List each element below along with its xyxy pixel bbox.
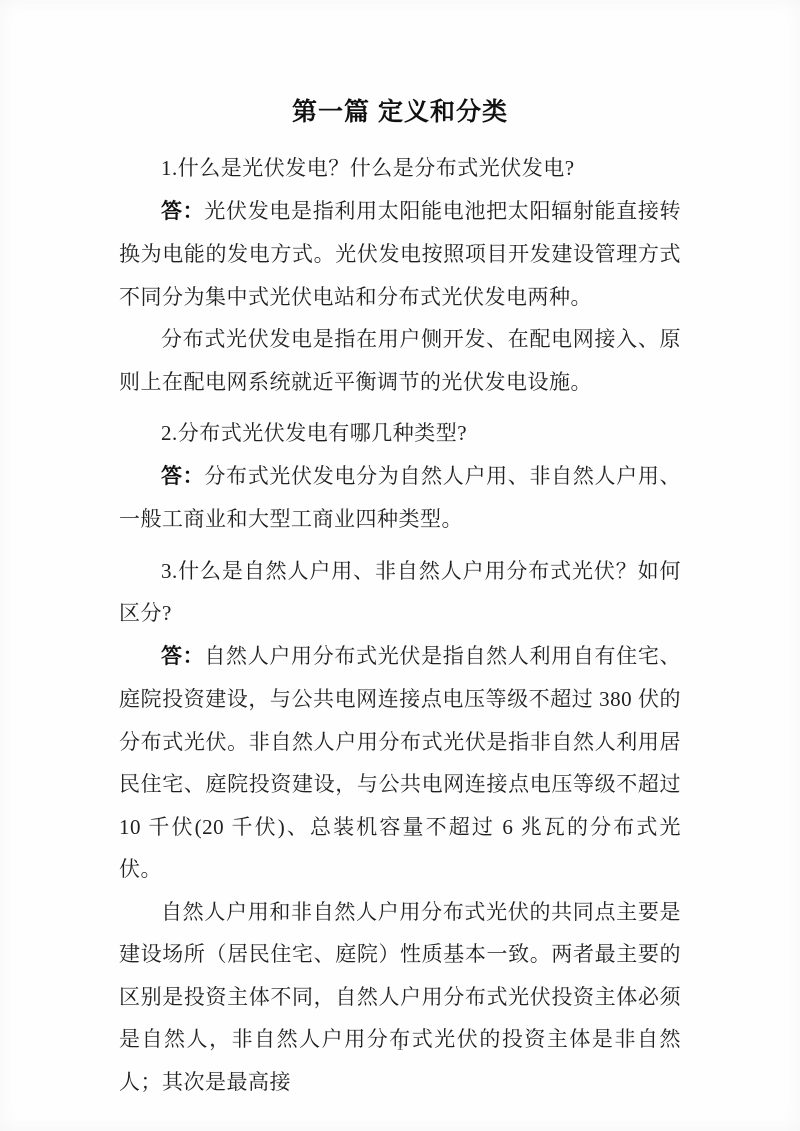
answer-prefix: 答： [161, 465, 204, 488]
answer-text: 分布式光伏发电分为自然人户用、非自然人户用、一般工商业和大型工商业四种类型。 [119, 464, 681, 532]
question-paragraph-1: 1.什么是光伏发电？什么是分布式光伏发电? [119, 147, 681, 190]
answer-text: 光伏发电是指利用太阳能电池把太阳辐射能直接转换为电能的发电方式。光伏发电按照项目… [119, 199, 681, 309]
question-paragraph-2: 2.分布式光伏发电有哪几种类型? [119, 412, 681, 455]
page-number: 1 [0, 1036, 800, 1056]
page-title: 第一篇 定义和分类 [119, 92, 681, 132]
question-paragraph-3: 3.什么是自然人户用、非自然人户用分布式光伏？如何区分? [119, 550, 681, 635]
document-page: 第一篇 定义和分类 1.什么是光伏发电？什么是分布式光伏发电? 答：光伏发电是指… [0, 0, 800, 1131]
page-content: 第一篇 定义和分类 1.什么是光伏发电？什么是分布式光伏发电? 答：光伏发电是指… [119, 92, 681, 1103]
answer-paragraph-3: 答：自然人户用分布式光伏是指自然人利用自有住宅、庭院投资建设，与公共电网连接点电… [119, 635, 681, 891]
answer-prefix: 答： [161, 645, 204, 668]
answer-paragraph-1: 答：光伏发电是指利用太阳能电池把太阳辐射能直接转换为电能的发电方式。光伏发电按照… [119, 190, 681, 319]
answer-prefix: 答： [161, 200, 204, 223]
answer-paragraph-2: 答：分布式光伏发电分为自然人户用、非自然人户用、一般工商业和大型工商业四种类型。 [119, 455, 681, 541]
body-paragraph-2: 自然人户用和非自然人户用分布式光伏的共同点主要是建设场所（居民住宅、庭院）性质基… [119, 891, 681, 1104]
body-paragraph-1: 分布式光伏发电是指在用户侧开发、在配电网接入、原则上在配电网系统就近平衡调节的光… [119, 318, 681, 403]
answer-text: 自然人户用分布式光伏是指自然人利用自有住宅、庭院投资建设，与公共电网连接点电压等… [119, 644, 681, 882]
